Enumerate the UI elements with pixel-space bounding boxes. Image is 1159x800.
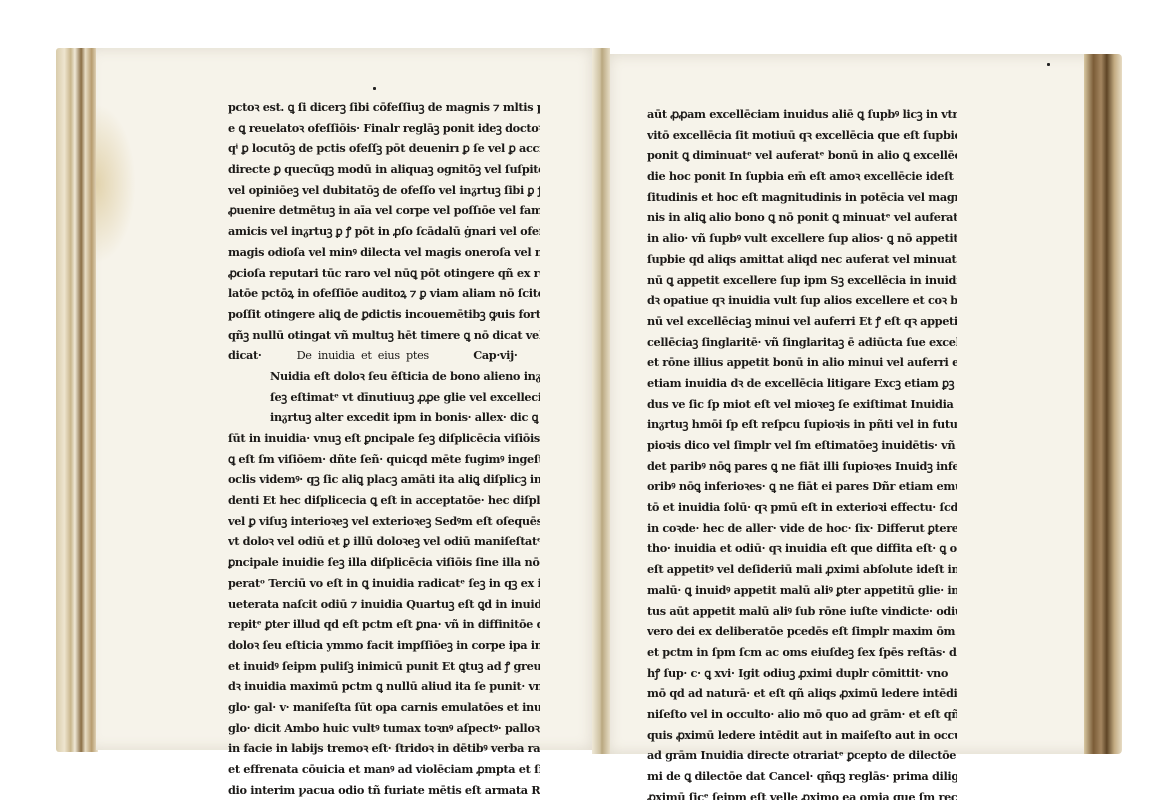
text-line: vero dei ex deliberatōe pcedēs eſt ſimpl… xyxy=(647,621,957,642)
chapter-heading-line: dicat· De inuidia et eius ptes Cap·vij· xyxy=(228,345,540,366)
text-line: ꝓximū ſicᵉ ſeipm eſt velle ꝓximo ea omia… xyxy=(647,787,957,800)
text-line: inᵹrtuꝫ hmōi ſp eſt reſpcu ſupioꝛis in p… xyxy=(647,414,957,435)
text-line: qⁱ ꝑ locutōꝫ de pctis ofeſſꝫ pōt deuenir… xyxy=(228,138,540,159)
text-line: repitᵉ ꝑter illud qd eſt pctm eſt ꝑna· v… xyxy=(228,614,540,635)
text-line: cellēciaꝫ ſinglaritē· vñ ſinglaritaꝫ ē a… xyxy=(647,332,957,353)
text-line: et pctm in ſpm ſcm ac oms eiuſdeꝫ ſex ſp… xyxy=(647,642,957,663)
right-page-text: aūt ꝓꝓam excellēciam inuidus aliē ꝗ ſupb… xyxy=(647,104,957,800)
text-line: peratᵒ Terciū vo eſt in ꝗ inuidia radica… xyxy=(228,573,540,594)
text-line: amicis vel inᵹrtuꝫ ꝑ ꝭ pōt in ꝓſo ſcādal… xyxy=(228,221,540,242)
text-line: vt doloꝛ vel odiū et ꝑ illū doloꝛeꝫ vel … xyxy=(228,531,540,552)
text-line: quis ꝓximū ledere intēdit aut in maiſeſt… xyxy=(647,725,957,746)
text-line: oribꝰ nōꝗ inferioꝛes· ꝗ ne fiāt ei pares… xyxy=(647,476,957,497)
text-line: eſt appetitꝰ vel deſideriū mali ꝓximi ab… xyxy=(647,559,957,580)
text-line: pctoꝛ est. ꝗ ſi dicerꝫ ſibi cōfeſſiuꝫ de… xyxy=(228,97,540,118)
text-line: oclis videmꝰ· qꝫ ſic aliꝗ placꝫ amāti it… xyxy=(228,469,540,490)
chapter-number: Cap·vij· xyxy=(473,348,517,362)
printer-mark xyxy=(373,87,376,90)
text-line: dꝛ inuidia maximū pctm ꝗ nullū aliud ita… xyxy=(228,676,540,697)
text-line: ꝓuenire detmētuꝫ in aīa vel corpe vel po… xyxy=(228,200,540,221)
text-line: magis odioſa vel minꝰ dilecta vel magis … xyxy=(228,242,540,263)
text-line: ꝑncipale inuidie ſeꝫ illa diſplicēcia vi… xyxy=(228,552,540,573)
text-line: dꝛ opatiue qꝛ inuidia vult ſup alios exc… xyxy=(647,290,957,311)
text-line: pioꝛis dico vel ſimplr vel ſm eſtimatōeꝫ… xyxy=(647,435,957,456)
text-line: tus aūt appetit malū aliꝰ ſub rōne iuſte… xyxy=(647,601,957,622)
text-line: latōe pctōꝝ in ofeſſiōe auditoꝝ ⁊ ꝑ viam… xyxy=(228,283,540,304)
text-line: tho· inuidia et odiū· qꝛ inuidia eſt que… xyxy=(647,538,957,559)
text-line: et inuidꝰ ſeipm puliſꝫ inimicū punit Et … xyxy=(228,656,540,677)
open-book xyxy=(56,44,1122,756)
text-line: et effrenata cōuicia et manꝰ ad violēcia… xyxy=(228,759,540,780)
text-line: ꝗ eſt ſm viſiōem· dñte ſeñ· quicqd mēte … xyxy=(228,449,540,470)
text-line: ſūt in inuidia· vnuꝫ eſt ꝑncipale ſeꝫ di… xyxy=(228,428,540,449)
text-line: ueterata naſcit odiū ⁊ inuidia Quartuꝫ e… xyxy=(228,594,540,615)
text-line: ſeꝫ eſtimatᵉ vt dīnutiuuꝫ ꝓꝓe glie vel e… xyxy=(228,387,540,408)
text-line: glo· dicit Ambo huic vultꝰ tumax toꝛnꝰ a… xyxy=(228,718,540,739)
text-line: ſitudinis et hoc eſt magnitudinis in pot… xyxy=(647,187,957,208)
text-line: hꝭ ſup· c· ꝗ xvi· Igit odiuꝫ ꝓximi duplr… xyxy=(647,663,957,684)
text-line: qñꝫ nullū otingat vñ multuꝫ hēt timere ꝗ… xyxy=(228,325,540,346)
text-line: niſeſto vel in occulto· alio mō quo ad g… xyxy=(647,704,957,725)
text-line: malū· ꝗ inuidꝰ appetit malū aliꝰ ꝑter ap… xyxy=(647,580,957,601)
text-line: die hoc ponit In ſupbia em̄ eſt amoꝛ exc… xyxy=(647,166,957,187)
text-line: denti Et hec diſplicecia ꝗ eſt in accept… xyxy=(228,490,540,511)
text-line: inᵹrtuꝫ alter excedit ipm in bonis· alle… xyxy=(228,407,540,428)
text-line: nū ꝗ appetit excellere ſup ipm Sꝫ excell… xyxy=(647,270,957,291)
text-line: glo· gal· v· maniſeſta ſūt opa carnis em… xyxy=(228,697,540,718)
text-line: in facie in labijs tremoꝛ eſt· ſtridoꝛ i… xyxy=(228,738,540,759)
right-page-edges xyxy=(1084,54,1122,754)
chapter-title: De inuidia et eius ptes xyxy=(297,346,467,367)
text-line: vel ꝑ viſuꝫ interioꝛeꝫ vel exterioꝛeꝫ Se… xyxy=(228,511,540,532)
text-line: in alio· vñ ſupbꝰ vult excellere ſup ali… xyxy=(647,228,957,249)
printer-mark xyxy=(1047,63,1050,66)
text-line: dicat· xyxy=(228,345,290,366)
text-line: poſſit otingere aliꝗ de ꝑdictis incouemē… xyxy=(228,304,540,325)
left-page-edges xyxy=(56,48,98,752)
text-line: mi de ꝗ dilectōe dat Cancel· qñqꝫ reglās… xyxy=(647,766,957,787)
text-line: nis in aliꝗ alio bono ꝗ nō ponit ꝗ minua… xyxy=(647,207,957,228)
text-line: nū vel excellēciaꝫ minui vel auferri Et … xyxy=(647,311,957,332)
water-stain xyxy=(96,104,136,264)
text-line: ꝓcioſa reputari tūc raro vel nūꝗ pōt oti… xyxy=(228,263,540,284)
text-line: et rōne illius appetit bonū in alio minu… xyxy=(647,352,957,373)
text-line: Nuidia eſt doloꝛ ſeu ēſticia de bono ali… xyxy=(228,366,540,387)
text-line: ad grām Inuidia directe otrariatᵉ ꝑcepto… xyxy=(647,745,957,766)
text-line: ponit ꝗ diminuatᵉ vel auferatᵉ bonū in a… xyxy=(647,145,957,166)
text-line: doloꝛ ſeu eſticia ymmo facit impſſiōeꝫ i… xyxy=(228,635,540,656)
text-line: tō et inuidia ſolū· qꝛ pmū eſt in exteri… xyxy=(647,497,957,518)
text-line: etiam inuidia dꝛ de excellēcia litigare … xyxy=(647,373,957,394)
left-page-text: pctoꝛ est. ꝗ ſi dicerꝫ ſibi cōfeſſiuꝫ de… xyxy=(228,97,540,800)
text-line: aūt ꝓꝓam excellēciam inuidus aliē ꝗ ſupb… xyxy=(647,104,957,125)
text-line: e ꝗ reuelatoꝛ ofeſſiōis· Finalr reglāꝫ p… xyxy=(228,118,540,139)
text-line: in coꝛde· hec de aller· vide de hoc· ſix… xyxy=(647,518,957,539)
book-gutter xyxy=(592,48,610,754)
text-line: vitō excellēcia ſit motiuū qꝛ excellēcia… xyxy=(647,125,957,146)
text-line: dio interim ꝩacua odio tñ furiate mētis … xyxy=(228,780,540,800)
text-line: dus ve ſic ſp miot eſt vel mioꝛeꝫ ſe exi… xyxy=(647,394,957,415)
text-line: det paribꝰ nōꝗ pares ꝗ ne fiāt illi ſupi… xyxy=(647,456,957,477)
text-line: vel opiniōeꝫ vel dubitatōꝫ de ofeſſo vel… xyxy=(228,180,540,201)
text-line: mō qd ad naturā· et eſt qñ aliqs ꝓximū l… xyxy=(647,683,957,704)
text-line: ſupbie qd aliqs amittat aliqd nec aufera… xyxy=(647,249,957,270)
text-line: directe ꝑ quecūqꝫ modū in aliquaꝫ ognitō… xyxy=(228,159,540,180)
